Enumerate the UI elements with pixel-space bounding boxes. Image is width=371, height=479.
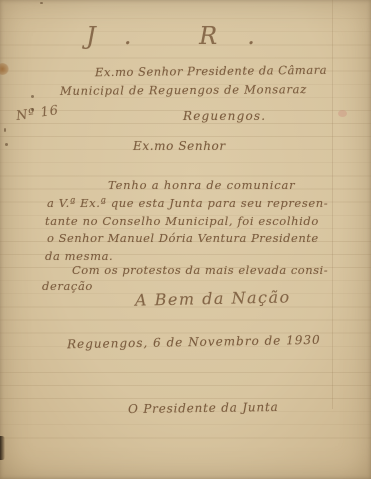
valediction: A Bem da Nação (135, 287, 291, 309)
place-heading: Reguengos. (183, 109, 266, 123)
addressee-line-2: Municipal de Reguengos de Monsaraz (60, 82, 307, 98)
ink-speck (4, 128, 6, 132)
ink-speck (31, 95, 34, 98)
registry-number: Nº 16 (15, 103, 60, 124)
closing-line: deração (42, 279, 93, 293)
letter-page: J. R. Ex.mo Senhor Presidente da Câmara … (0, 0, 371, 479)
salutation: Ex.mo Senhor (133, 139, 226, 153)
addressee-line-1: Ex.mo Senhor Presidente da Câmara (95, 63, 327, 79)
ink-speck (5, 143, 8, 146)
body-line: da mesma. (45, 249, 113, 263)
body-line: Tenho a honra de comunicar (108, 178, 295, 192)
body-line: tante no Conselho Municipal, foi escolhi… (45, 214, 319, 228)
ink-speck (40, 2, 43, 4)
body-line: o Senhor Manuel Dória Ventura Presidente (47, 231, 319, 245)
ink-stain (0, 63, 9, 75)
body-line: a V.ª Ex.ª que esta Junta para seu repre… (47, 196, 328, 210)
ink-speck (31, 108, 34, 111)
dateline: Reguengos, 6 de Novembro de 1930 (67, 333, 321, 351)
right-margin-line (332, 0, 333, 409)
signature-title: O Presidente da Junta (128, 400, 279, 416)
edge-tear-mark (0, 436, 5, 460)
closing-line: Com os protestos da mais elevada consi- (72, 263, 328, 277)
paper-smudge (338, 110, 347, 117)
letterhead-monogram: J. R. (0, 22, 371, 50)
